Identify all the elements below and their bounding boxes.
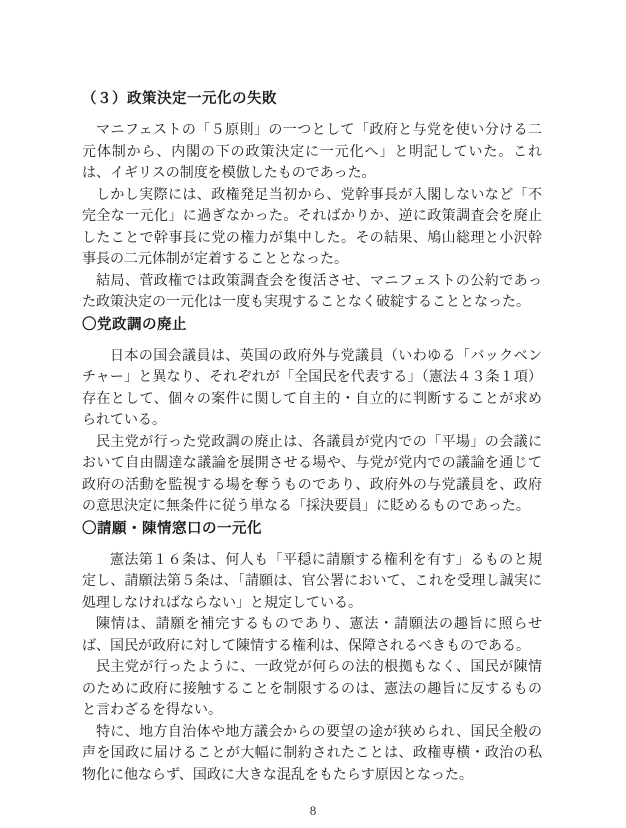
document-content: （３）政策決定一元化の失敗マニフェストの「５原則」の一つとして「政府と与党を使い… (82, 88, 542, 786)
section-heading: 〇請願・陳情窓口の一元化 (82, 518, 542, 540)
document-page: （３）政策決定一元化の失敗マニフェストの「５原則」の一つとして「政府と与党を使い… (0, 0, 626, 828)
document-section: （３）政策決定一元化の失敗マニフェストの「５原則」の一つとして「政府と与党を使い… (82, 88, 542, 314)
page-number: 8 (310, 803, 317, 818)
section-heading: 〇党政調の廃止 (82, 314, 542, 336)
document-section: 〇党政調の廃止日本の国会議員は、英国の政府外与党議員（いわゆる「バックベンチャー… (82, 314, 542, 518)
document-section: 〇請願・陳情窓口の一元化憲法第１６条は、何人も「平穏に請願する権利を有す」るもの… (82, 518, 542, 787)
paragraph: 憲法第１６条は、何人も「平穏に請願する権利を有す」るものと規定し、請願法第５条は… (82, 550, 542, 615)
page-footer: 8 (0, 802, 626, 820)
paragraph: 特に、地方自治体や地方議会からの要望の途が狭められ、国民全般の声を国政に届けるこ… (82, 722, 542, 787)
paragraph: しかし実際には、政権発足当初から、党幹事長が入閣しないなど「不完全な一元化」に過… (82, 185, 542, 271)
paragraph: 民主党が行ったように、一政党が何らの法的根拠もなく、国民が陳情のために政府に接触… (82, 657, 542, 722)
section-heading: （３）政策決定一元化の失敗 (82, 88, 542, 110)
paragraph: 民主党が行った党政調の廃止は、各議員が党内での「平場」の会議において自由闊達な議… (82, 432, 542, 518)
paragraph: 結局、菅政権では政策調査会を復活させ、マニフェストの公約であった政策決定の一元化… (82, 271, 542, 314)
paragraph: 陳情は、請願を補完するものであり、憲法・請願法の趣旨に照らせば、国民が政府に対し… (82, 614, 542, 657)
paragraph: 日本の国会議員は、英国の政府外与党議員（いわゆる「バックベンチャー」と異なり、そ… (82, 346, 542, 432)
paragraph: マニフェストの「５原則」の一つとして「政府と与党を使い分ける二元体制から、内閣の… (82, 120, 542, 185)
